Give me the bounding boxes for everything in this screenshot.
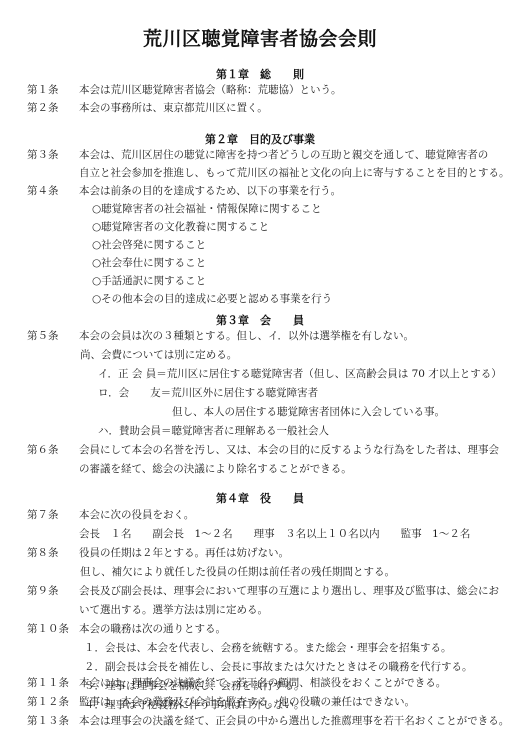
article-text: 本会の事務所は、東京都荒川区に置く。 (79, 101, 268, 115)
list-item: 但し、本人の居住する聴覚障害者団体に入会している事。 (172, 405, 445, 419)
article-label: 第２条 (27, 101, 59, 115)
article-text: 会長及び副会長は、理事会において理事の互選により選出し、理事及び監事は、総会にお (79, 584, 499, 598)
article-label: 第８条 (27, 546, 59, 560)
article-label: 第１１条 (27, 676, 69, 690)
article-label: 第１条 (27, 83, 59, 97)
document-title: 荒川区聴覚障害者協会会則 (0, 24, 520, 51)
article-text: 本会は前条の目的を達成するため、以下の事業を行う。 (79, 184, 341, 198)
article-text: 監事は、本会の業務及び会計を監査する。他の役職の兼任はできない。 (79, 695, 415, 709)
article-text: 本会は荒川区聴覚障害者協会（略称：荒聴協）という。 (79, 83, 342, 97)
article-text: いて選出する。選挙方法は別に定める。 (79, 603, 268, 617)
article-label: 第３条 (27, 148, 59, 162)
article-label: 第６条 (27, 443, 59, 457)
article-text: 本会は、荒川区居住の聴覚に障害を持つ者どうしの互助と親交を通して、聴覚障害者の (79, 148, 488, 162)
article-text: 役員の任期は２年とする。再任は妨げない。 (79, 546, 289, 560)
article-text: 本会の会員は次の３種類とする。但し、イ．以外は選挙権を有しない。 (79, 329, 414, 343)
list-item: ○その他本会の目的達成に必要と認める事業を行う (92, 292, 332, 306)
chapter-1-heading: 第１章 総 則 (0, 66, 520, 82)
list-item: イ．正 会 員＝荒川区に居住する聴覚障害者（但し、区高齢会員は 70 才以上とす… (98, 367, 502, 381)
list-item: ○聴覚障害者の社会福祉・情報保障に関すること (92, 202, 322, 216)
list-item: ○社会奉仕に関すること (92, 256, 206, 270)
article-text: 但し、補欠により就任した役員の任期は前任者の残任期間とする。 (80, 565, 395, 579)
list-item: ロ．会 友＝荒川区外に居住する聴覚障害者 (98, 386, 318, 400)
article-label: 第５条 (27, 329, 59, 343)
article-text: 本会の職務は次の通りとする。 (79, 622, 226, 636)
article-label: 第４条 (27, 184, 59, 198)
article-label: 第１０条 (27, 622, 69, 636)
article-text: 本会には、理事会の決議を経て、若干名の顧問、相談役をおくことができる。 (79, 676, 446, 690)
article-label: 第７条 (27, 508, 59, 522)
list-item: ハ．賛助会員＝聴覚障害者に理解ある一般社会人 (98, 424, 329, 438)
article-text: 会員にして本会の名誉を汚し、又は、本会の目的に反するような行為をした者は、理事会 (79, 443, 499, 457)
chapter-2-heading: 第２章 目的及び事業 (0, 131, 520, 147)
list-item: ○社会啓発に関すること (92, 238, 206, 252)
article-text: 会長 １名 副会長 1～２名 理事 ３名以上１０名以内 監事 1～２名 (79, 527, 470, 541)
list-item: ２．副会長は会長を補佐し、会長に事故または欠けたときはその職務を代行する。 (84, 660, 473, 674)
list-item: ○手話通訳に関すること (92, 274, 206, 288)
chapter-4-heading: 第４章 役 員 (0, 490, 520, 506)
article-text: 自立と社会参加を推進し、もって荒川区の福祉と文化の向上に寄与することを目的とする… (79, 166, 510, 180)
list-item: ○聴覚障害者の文化教養に関すること (92, 220, 269, 234)
article-text: 尚、会費については別に定める。 (80, 348, 237, 362)
chapter-3-heading: 第３章 会 員 (0, 312, 520, 328)
list-item: １．会長は、本会を代表し、会務を統轄する。また総会・理事会を招集する。 (84, 641, 452, 655)
article-label: 第１３条 (27, 714, 69, 728)
article-text: 本会は理事会の決議を経て、正会員の中から選出した推薦理事を若干名おくことができる… (79, 714, 509, 728)
article-text: の審議を経て、総会の決議により除名することができる。 (79, 462, 352, 476)
article-label: 第９条 (27, 584, 59, 598)
article-label: 第１２条 (27, 695, 69, 709)
article-text: 本会に次の役員をおく。 (79, 508, 194, 522)
